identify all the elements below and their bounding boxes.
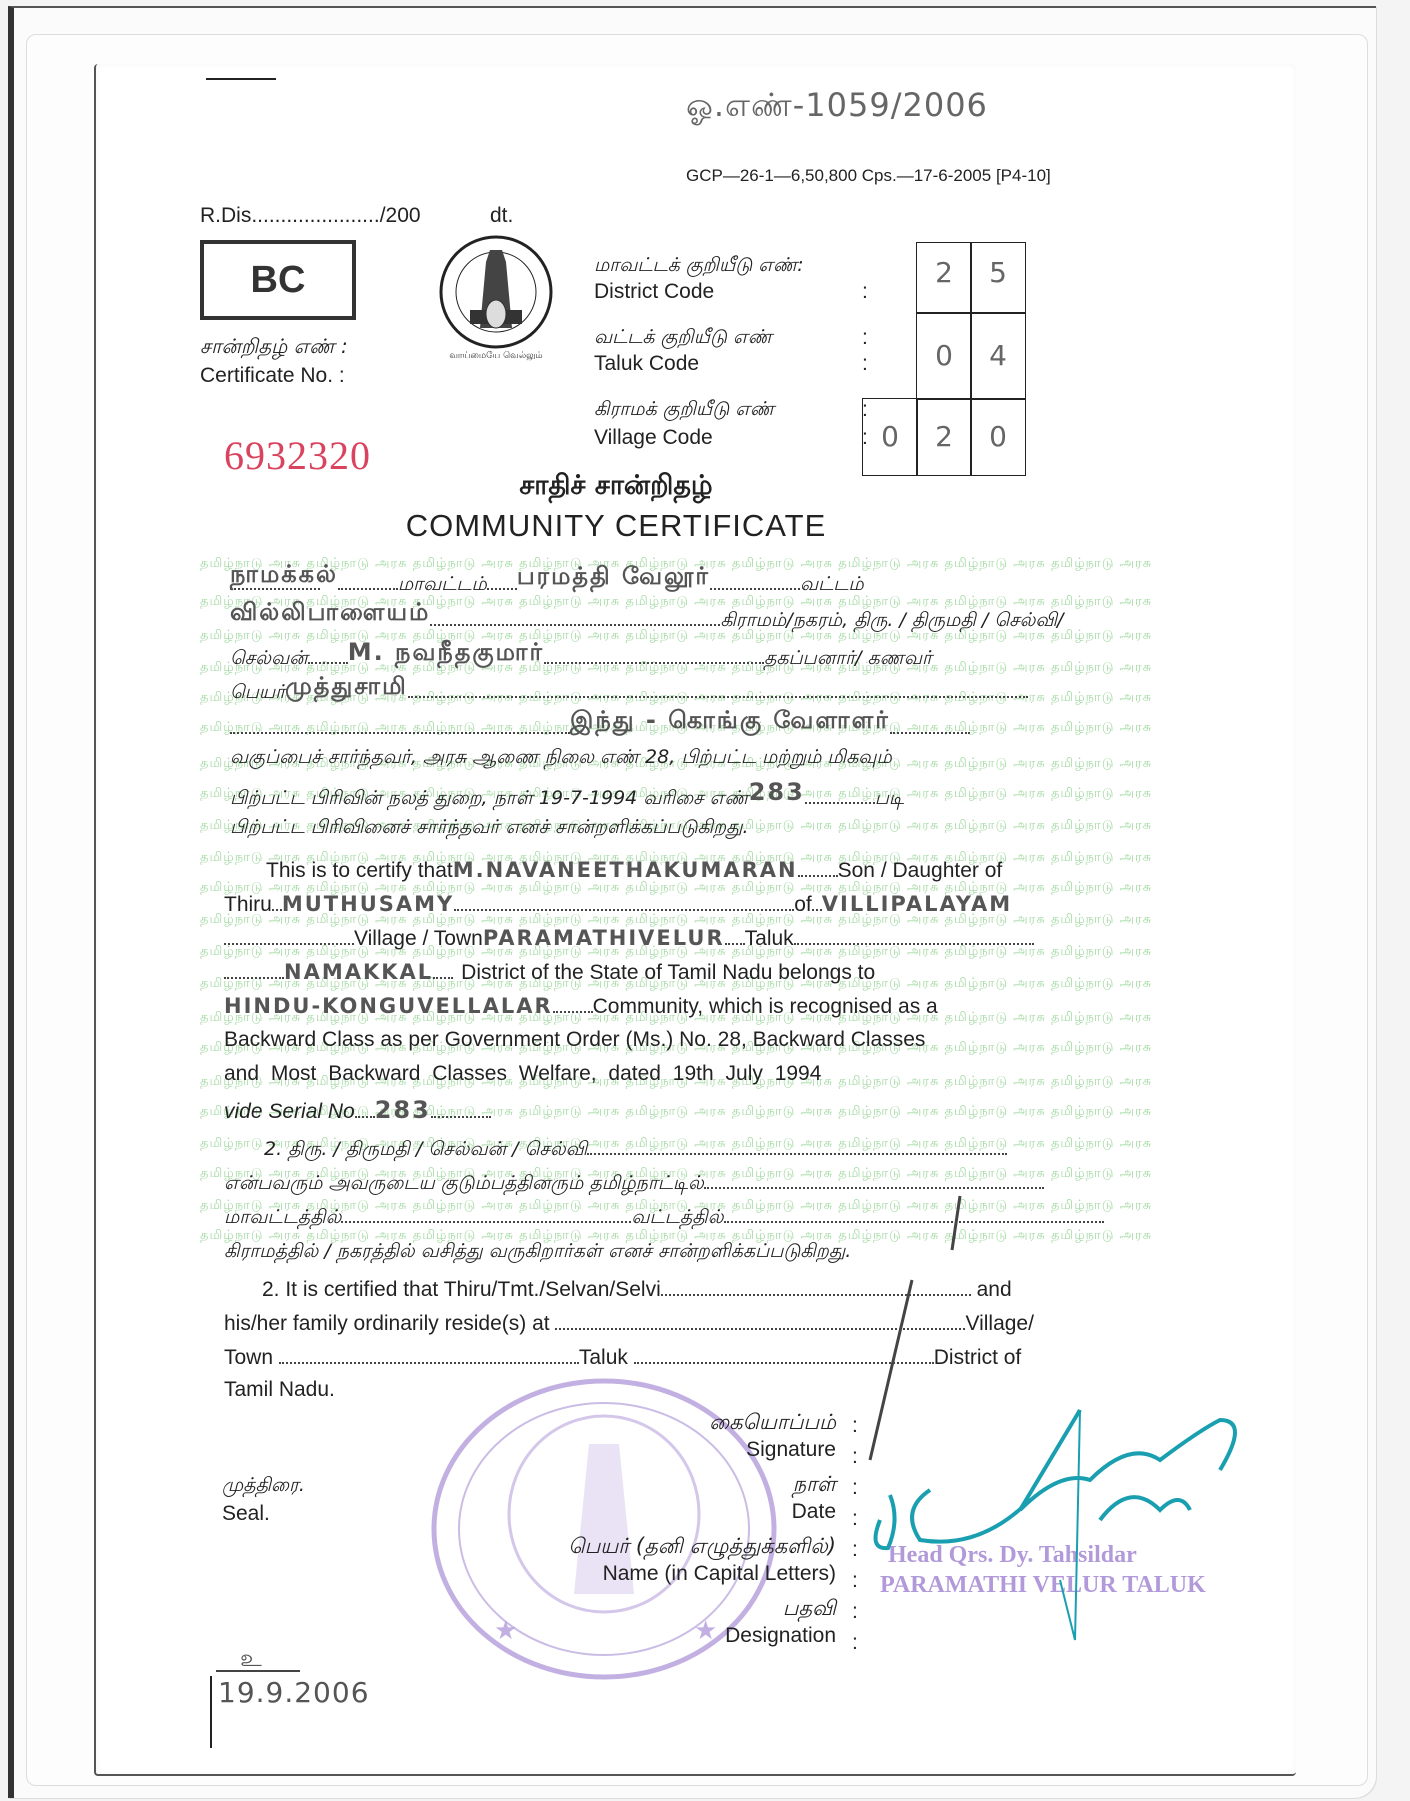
residence-tamil-line-4: கிராமத்தில் / நகரத்தில் வசித்து வருகிறார… bbox=[224, 1240, 1264, 1265]
taluk-code-digit-2: 4 bbox=[970, 312, 1026, 400]
english-line-5: HINDU-KONGUVELLALARCommunity, which is r… bbox=[224, 994, 1264, 1019]
village-code-label-ta: கிராமக் குறியீடு எண் bbox=[594, 398, 774, 423]
name-label-en: Name (in Capital Letters) bbox=[336, 1562, 836, 1586]
english-line-6: Backward Class as per Government Order (… bbox=[224, 1028, 1264, 1052]
r-dis-label: R.Dis....................../200 bbox=[200, 204, 421, 228]
margin-line bbox=[210, 1676, 212, 1748]
residence-tamil-line-1: 2. திரு. / திருமதி / செல்வன் / செல்வி bbox=[264, 1138, 1304, 1163]
category-badge: BC bbox=[200, 240, 356, 320]
district-code-digit-2: 5 bbox=[970, 242, 1026, 314]
residence-tamil-line-3: மாவட்டத்தில்வட்டத்தில் bbox=[224, 1206, 1264, 1231]
signature-colons: :::::::: bbox=[852, 1410, 858, 1658]
tamil-line-7: பிற்பட்ட பிரிவின் நலத் துறை, நாள் 19-7-1… bbox=[230, 782, 1270, 812]
designation-label-ta: பதவி bbox=[336, 1596, 836, 1623]
tamil-line-5: இந்து - கொங்கு வேளாளர் bbox=[230, 712, 1270, 743]
handwritten-underline bbox=[216, 1670, 300, 1672]
village-code-digit-1: 0 bbox=[862, 398, 918, 476]
taluk-code-colon: : bbox=[862, 352, 868, 376]
seal-label-ta: முத்திரை. bbox=[222, 1474, 305, 1499]
certificate-no-label-ta: சான்றிதழ் எண் : bbox=[200, 334, 348, 361]
title-english: COMMUNITY CERTIFICATE bbox=[96, 508, 1136, 544]
english-line-3: Village / TownPARAMATHIVELURTaluk bbox=[224, 926, 1264, 951]
tamil-line-2: வில்லிபாளையம்கிராமம்/நகரம், திரு. / திரு… bbox=[230, 604, 1270, 635]
tamil-line-3: செல்வன்M. நவநீதகுமார்தகப்பனார்/ கணவர் bbox=[230, 642, 1270, 673]
english-line-1: This is to certify thatM.NAVANEETHAKUMAR… bbox=[266, 858, 1306, 883]
village-code-digit-3: 0 bbox=[970, 398, 1026, 476]
english-line-2: ThiruMUTHUSAMYofVILLIPALAYAM bbox=[224, 892, 1264, 917]
handwritten-reference: ஓ.எண்-1059/2006 bbox=[686, 86, 988, 128]
residence-english-line-2: his/her family ordinarily reside(s) at V… bbox=[224, 1312, 1264, 1336]
english-line-8: vide Serial No283 bbox=[224, 1096, 1264, 1124]
district-code-colon: : bbox=[862, 280, 868, 304]
district-code-label-ta: மாவட்டக் குறியீடு எண்: bbox=[594, 254, 804, 279]
residence-english-line-3: Town Taluk District of bbox=[224, 1346, 1264, 1370]
taluk-code-label-en: Taluk Code bbox=[594, 352, 699, 376]
handwritten-date: 19.9.2006 bbox=[218, 1676, 370, 1709]
english-line-4: NAMAKKALDistrict of the State of Tamil N… bbox=[224, 960, 1264, 985]
svg-text:வாய்மையே வெல்லும்: வாய்மையே வெல்லும் bbox=[449, 351, 542, 361]
designation-label-en: Designation bbox=[336, 1624, 836, 1648]
residence-english-line-1: 2. It is certified that Thiru/Tmt./Selva… bbox=[262, 1278, 1302, 1302]
tamil-line-8: பிற்பட்ட பிரிவினைச் சார்ந்தவர் எனச் சான்… bbox=[230, 816, 1270, 841]
village-code-label-en: Village Code bbox=[594, 426, 713, 450]
dt-label: dt. bbox=[490, 204, 513, 228]
officer-signature bbox=[860, 1400, 1260, 1660]
signature-label-en: Signature bbox=[336, 1438, 836, 1462]
taluk-code-colon-ta: : bbox=[862, 326, 868, 350]
village-code-digit-2: 2 bbox=[916, 398, 972, 476]
tamil-line-1: நாமக்கல்மாவட்டம்பரமத்தி வேலூர்வட்டம் bbox=[230, 568, 1270, 599]
print-code: GCP—26-1—6,50,800 Cps.—17-6-2005 [P4-10] bbox=[686, 166, 1051, 186]
english-line-7: and Most Backward Classes Welfare, dated… bbox=[224, 1062, 1264, 1086]
taluk-code-label-ta: வட்டக் குறியீடு எண் bbox=[594, 326, 772, 351]
signature-label-ta: கையொப்பம் bbox=[336, 1410, 836, 1437]
top-dash bbox=[206, 78, 276, 80]
tamil-line-4: பெயர்முத்துசாமி bbox=[230, 676, 1270, 707]
seal-label-en: Seal. bbox=[222, 1502, 270, 1526]
date-label-en: Date bbox=[336, 1500, 836, 1524]
district-code-digit-1: 2 bbox=[916, 242, 972, 314]
name-label-ta: பெயர் (தனி எழுத்துக்களில்) bbox=[336, 1534, 836, 1561]
date-label-ta: நாள் bbox=[336, 1472, 836, 1499]
district-code-label-en: District Code bbox=[594, 280, 714, 304]
taluk-code-digit-1: 0 bbox=[916, 312, 972, 400]
residence-tamil-line-2: என்பவரும் அவருடைய குடும்பத்தினரும் தமிழ்… bbox=[224, 1172, 1264, 1197]
tamil-line-6: வகுப்பைச் சார்ந்தவர், அரசு ஆணை நிலை எண் … bbox=[230, 746, 1270, 771]
title-tamil: சாதிச் சான்றிதழ் bbox=[96, 470, 1136, 505]
tamil-nadu-emblem-icon: வாய்மையே வெல்லும் bbox=[436, 232, 556, 352]
certificate-no-label-en: Certificate No. : bbox=[200, 364, 345, 388]
